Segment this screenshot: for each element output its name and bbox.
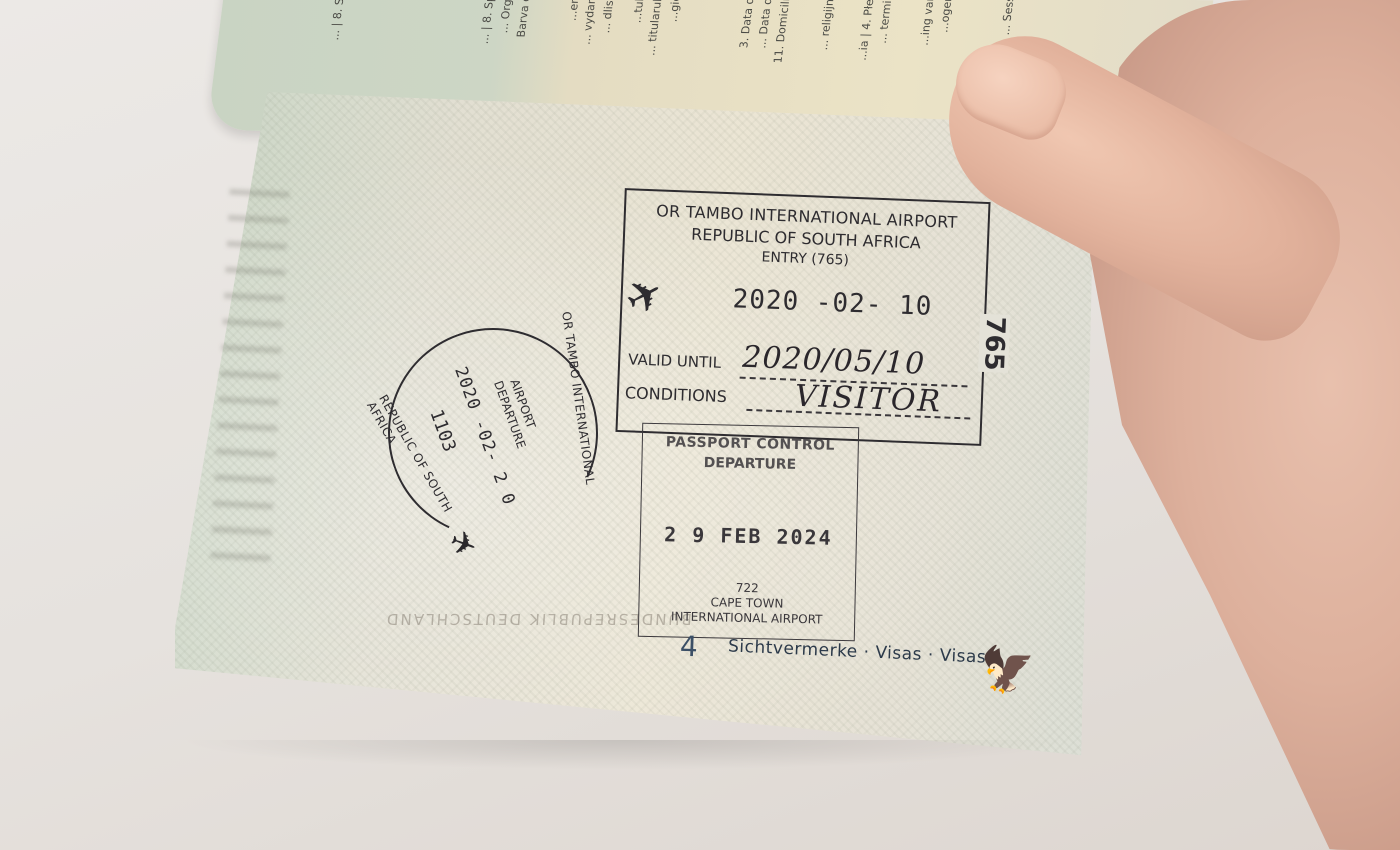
- stamp-passport-control: PASSPORT CONTROL: [643, 434, 858, 454]
- upper-page-text: Barva oči: [514, 0, 534, 38]
- upper-page-text: ... termin: [876, 0, 896, 44]
- upper-page-text: ... | 8. Spol: [478, 0, 499, 44]
- cape-town-departure-stamp: PASSPORT CONTROL DEPARTURE 2 9 FEB 2024 …: [638, 423, 859, 641]
- valid-until-label: VALID UNTIL: [628, 350, 721, 372]
- stamp-side-number: 765: [978, 314, 1010, 373]
- upper-page-text: ... Organ: [497, 0, 517, 33]
- upper-page-text: ... | 8. Sisti: [328, 0, 349, 41]
- stamp-date: 2020 -02- 10: [732, 284, 933, 322]
- valid-until-handwritten: 2020/05/10: [742, 340, 926, 382]
- upper-page-text: ... vydania: [580, 0, 601, 45]
- page-number: 4: [679, 630, 698, 664]
- conditions-label: CONDITIONS: [625, 383, 728, 406]
- upper-page-text: ...tului: [630, 0, 648, 23]
- stamp-departure-label: DEPARTURE: [642, 454, 857, 474]
- upper-page-text: ... dlisko: [599, 0, 619, 33]
- upper-page-text: ... Sess: [999, 0, 1018, 35]
- upper-page-text: ...ing van: [918, 0, 938, 46]
- upper-page-text: ...gios: [666, 0, 684, 22]
- conditions-handwritten: VISITOR: [794, 379, 942, 420]
- upper-page-text: ...ia | 4. Płeć: [856, 0, 878, 61]
- airplane-icon: ✈: [619, 269, 672, 325]
- or-tambo-entry-stamp: OR TAMBO INTERNATIONAL AIRPORT REPUBLIC …: [615, 188, 990, 446]
- page-shadow: [175, 740, 1075, 770]
- photo-scene: ... | 8. Sisti ... | 8. Spol ... Organ B…: [0, 0, 1400, 850]
- upper-page-text: ...ogen: [937, 0, 956, 33]
- upper-page-text: ... titularului: [644, 0, 666, 56]
- upper-page-text: 11. Domicilio: [771, 0, 794, 63]
- stamp-date: 2 9 FEB 2024: [641, 522, 856, 550]
- federal-eagle-icon: 🦅: [976, 638, 1038, 704]
- stamp-officer-number: 1103: [425, 407, 460, 455]
- upper-page-text: ... religijna: [817, 0, 838, 50]
- upper-page-text: ...enia: [566, 0, 584, 21]
